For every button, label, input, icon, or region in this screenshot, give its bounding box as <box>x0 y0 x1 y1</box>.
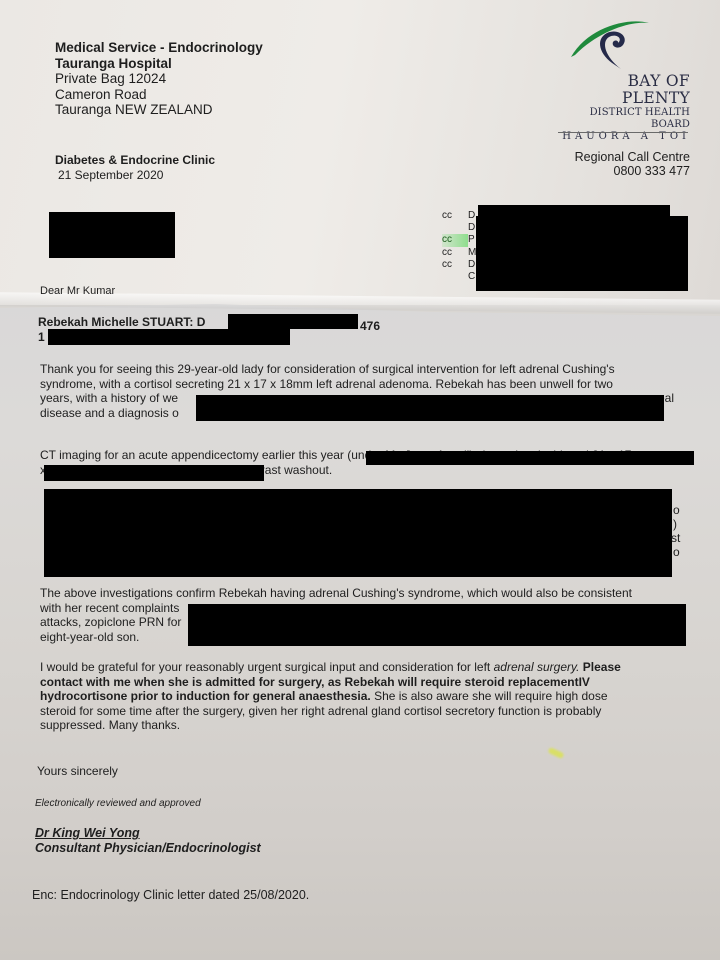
redacted-cc-names <box>476 216 688 291</box>
koru-logo-icon <box>563 15 653 73</box>
cc-row: ccD <box>442 210 480 222</box>
logo-line1: BAY OF PLENTY <box>555 73 690 107</box>
sender-address: Medical Service - Endocrinology Tauranga… <box>55 40 263 118</box>
redacted-recipient-address <box>49 212 175 258</box>
signer-name: Dr King Wei Yong <box>35 826 261 841</box>
visible-fragment: o <box>673 545 680 559</box>
bop-dhb-logo: BAY OF PLENTY DISTRICT HEALTH BOARD HAUO… <box>555 15 705 73</box>
visible-fragment: st <box>671 531 680 545</box>
redacted-ct-detail <box>366 451 694 465</box>
sender-department: Medical Service - Endocrinology <box>55 40 263 56</box>
cc-row: C <box>442 271 480 283</box>
sender-hospital: Tauranga Hospital <box>55 56 263 72</box>
call-centre-label: Regional Call Centre <box>560 150 690 164</box>
cc-list: ccD D ccP ccM ccD C <box>442 210 480 283</box>
paragraph-request: I would be grateful for your reasonably … <box>40 660 680 733</box>
approval-note: Electronically reviewed and approved <box>35 798 201 809</box>
clinic-name: Diabetes & Endocrine Clinic <box>55 153 215 168</box>
call-centre: Regional Call Centre 0800 333 477 <box>560 150 690 178</box>
redacted-medical-history <box>196 395 664 421</box>
address-line: Cameron Road <box>55 87 263 103</box>
logo-divider <box>558 132 688 133</box>
redacted-complaints <box>188 604 686 646</box>
cc-row: ccP <box>442 234 480 246</box>
signature-block: Dr King Wei Yong Consultant Physician/En… <box>35 826 261 856</box>
redacted-ct-detail <box>44 465 264 481</box>
logo-line2: DISTRICT HEALTH BOARD <box>555 107 690 131</box>
redacted-patient-dob <box>228 314 358 329</box>
cc-row: ccM <box>442 247 480 259</box>
address-line: Tauranga NEW ZEALAND <box>55 102 263 118</box>
call-centre-phone: 0800 333 477 <box>560 164 690 178</box>
highlighted-cc: cc <box>442 234 468 246</box>
visible-fragment: ) <box>673 517 677 531</box>
patient-id-suffix: 476 <box>360 319 380 333</box>
visible-fragment: o <box>673 503 680 517</box>
letter-date: 21 September 2020 <box>55 168 215 183</box>
signer-title: Consultant Physician/Endocrinologist <box>35 841 261 856</box>
cc-row: D <box>442 222 480 234</box>
clinic-block: Diabetes & Endocrine Clinic 21 September… <box>55 153 215 183</box>
enclosure-note: Enc: Endocrinology Clinic letter dated 2… <box>32 888 309 902</box>
address-line: Private Bag 12024 <box>55 71 263 87</box>
closing: Yours sincerely <box>37 764 118 778</box>
salutation: Dear Mr Kumar <box>40 285 115 297</box>
redacted-investigations <box>44 489 672 577</box>
cc-row: ccD <box>442 259 480 271</box>
redacted-patient-address <box>48 329 290 345</box>
patient-id-line: 1 <box>38 330 45 344</box>
patient-subject-line: Rebekah Michelle STUART: D <box>38 315 205 329</box>
